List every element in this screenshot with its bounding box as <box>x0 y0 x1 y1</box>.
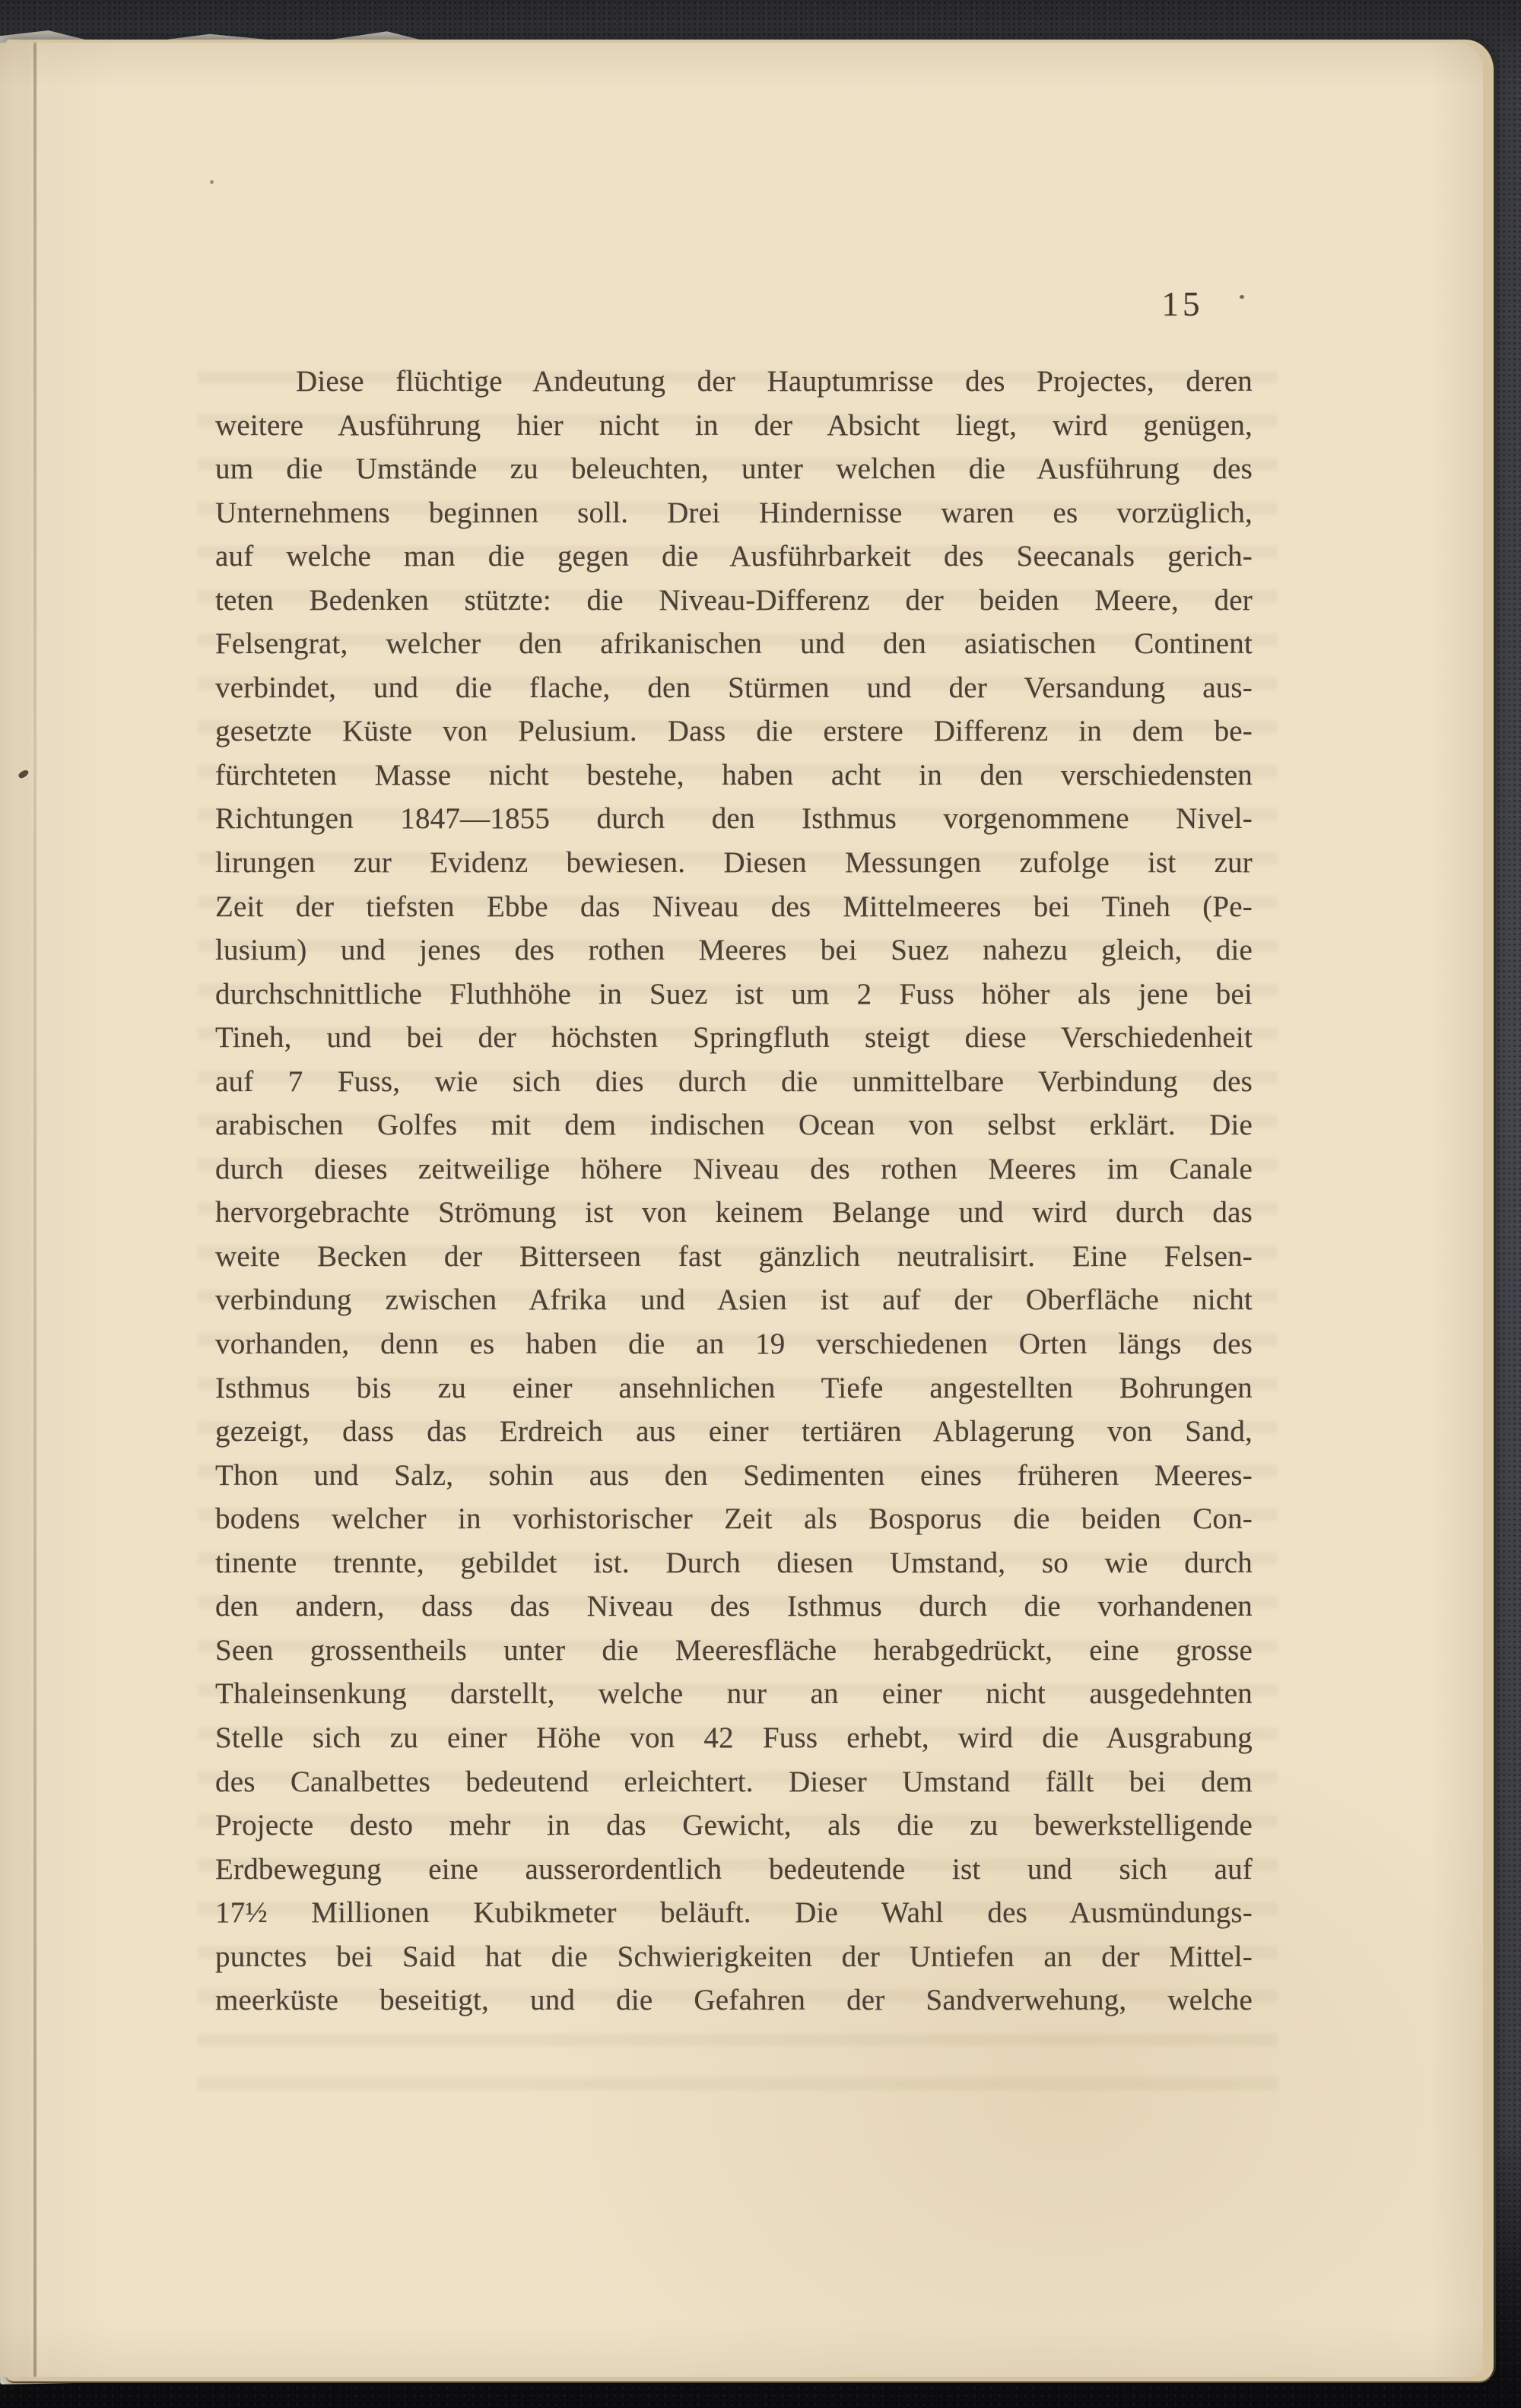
text-line: den andern, dass das Niveau des Isthmus … <box>215 1585 1253 1629</box>
ink-speck <box>17 769 30 780</box>
text-line: Projecte desto mehr in das Gewicht, als … <box>215 1804 1253 1848</box>
text-line: gezeigt, dass das Erdreich aus einer ter… <box>215 1410 1253 1454</box>
text-line: auf welche man die gegen die Ausführbark… <box>215 535 1253 579</box>
text-line: hervorgebrachte Strömung ist von keinem … <box>215 1191 1253 1235</box>
text-line: weitere Ausführung hier nicht in der Abs… <box>215 404 1253 448</box>
text-line: arabischen Golfes mit dem indischen Ocea… <box>215 1103 1253 1147</box>
text-line: Zeit der tiefsten Ebbe das Niveau des Mi… <box>215 885 1253 929</box>
text-line: meerküste beseitigt, und die Gefahren de… <box>215 1978 1253 2023</box>
text-line: verbindet, und die flache, den Stürmen u… <box>215 666 1253 710</box>
text-block: Diese flüchtige Andeutung der Hauptumris… <box>215 360 1253 2023</box>
text-line: 17½ Millionen Kubikmeter beläuft. Die Wa… <box>215 1891 1253 1935</box>
text-line: Stelle sich zu einer Höhe von 42 Fuss er… <box>215 1716 1253 1760</box>
text-line: um die Umstände zu beleuchten, unter wel… <box>215 447 1253 491</box>
text-line: Richtungen 1847—1855 durch den Isthmus v… <box>215 797 1253 841</box>
text-line: fürchteten Masse nicht bestehe, haben ac… <box>215 753 1253 798</box>
text-line: des Canalbettes bedeutend erleichtert. D… <box>215 1760 1253 1804</box>
text-line: lirungen zur Evidenz bewiesen. Diesen Me… <box>215 841 1253 885</box>
text-line: tinente trennte, gebildet ist. Durch die… <box>215 1541 1253 1585</box>
text-line: Diese flüchtige Andeutung der Hauptumris… <box>215 360 1253 404</box>
scanned-book-photo: 15 Diese flüchtige Andeutung der Hauptum… <box>0 0 1521 2408</box>
text-line: gesetzte Küste von Pelusium. Dass die er… <box>215 709 1253 753</box>
text-line: bodens welcher in vorhistorischer Zeit a… <box>215 1497 1253 1541</box>
text-line: vorhanden, denn es haben die an 19 versc… <box>215 1322 1253 1366</box>
text-line: durchschnittliche Fluthhöhe in Suez ist … <box>215 972 1253 1017</box>
text-line: Tineh, und bei der höchsten Springfluth … <box>215 1016 1253 1060</box>
text-line: Felsengrat, welcher den afrikanischen un… <box>215 622 1253 666</box>
text-line: durch dieses zeitweilige höhere Niveau d… <box>215 1147 1253 1191</box>
text-line: weite Becken der Bitterseen fast gänzlic… <box>215 1235 1253 1279</box>
text-line: Unternehmens beginnen soll. Drei Hindern… <box>215 491 1253 535</box>
text-line: Isthmus bis zu einer ansehnlichen Tiefe … <box>215 1366 1253 1410</box>
page-number: 15 <box>1141 284 1224 324</box>
text-line: teten Bedenken stützte: die Niveau-Diffe… <box>215 579 1253 623</box>
text-line: auf 7 Fuss, wie sich dies durch die unmi… <box>215 1060 1253 1104</box>
text-line: lusium) und jenes des rothen Meeres bei … <box>215 928 1253 972</box>
binding-crease <box>33 43 37 2377</box>
text-line: Erdbewegung eine ausserordentlich bedeut… <box>215 1848 1253 1892</box>
book-page: 15 Diese flüchtige Andeutung der Hauptum… <box>0 43 1483 2377</box>
text-line: Thaleinsenkung darstellt, welche nur an … <box>215 1672 1253 1716</box>
ink-speck <box>210 180 214 184</box>
ink-speck <box>1240 295 1244 299</box>
text-line: verbindung zwischen Afrika und Asien ist… <box>215 1278 1253 1322</box>
text-line: Seen grossentheils unter die Meeresfläch… <box>215 1629 1253 1673</box>
text-line: Thon und Salz, sohin aus den Sedimenten … <box>215 1454 1253 1498</box>
text-line: punctes bei Said hat die Schwierigkeiten… <box>215 1935 1253 1979</box>
